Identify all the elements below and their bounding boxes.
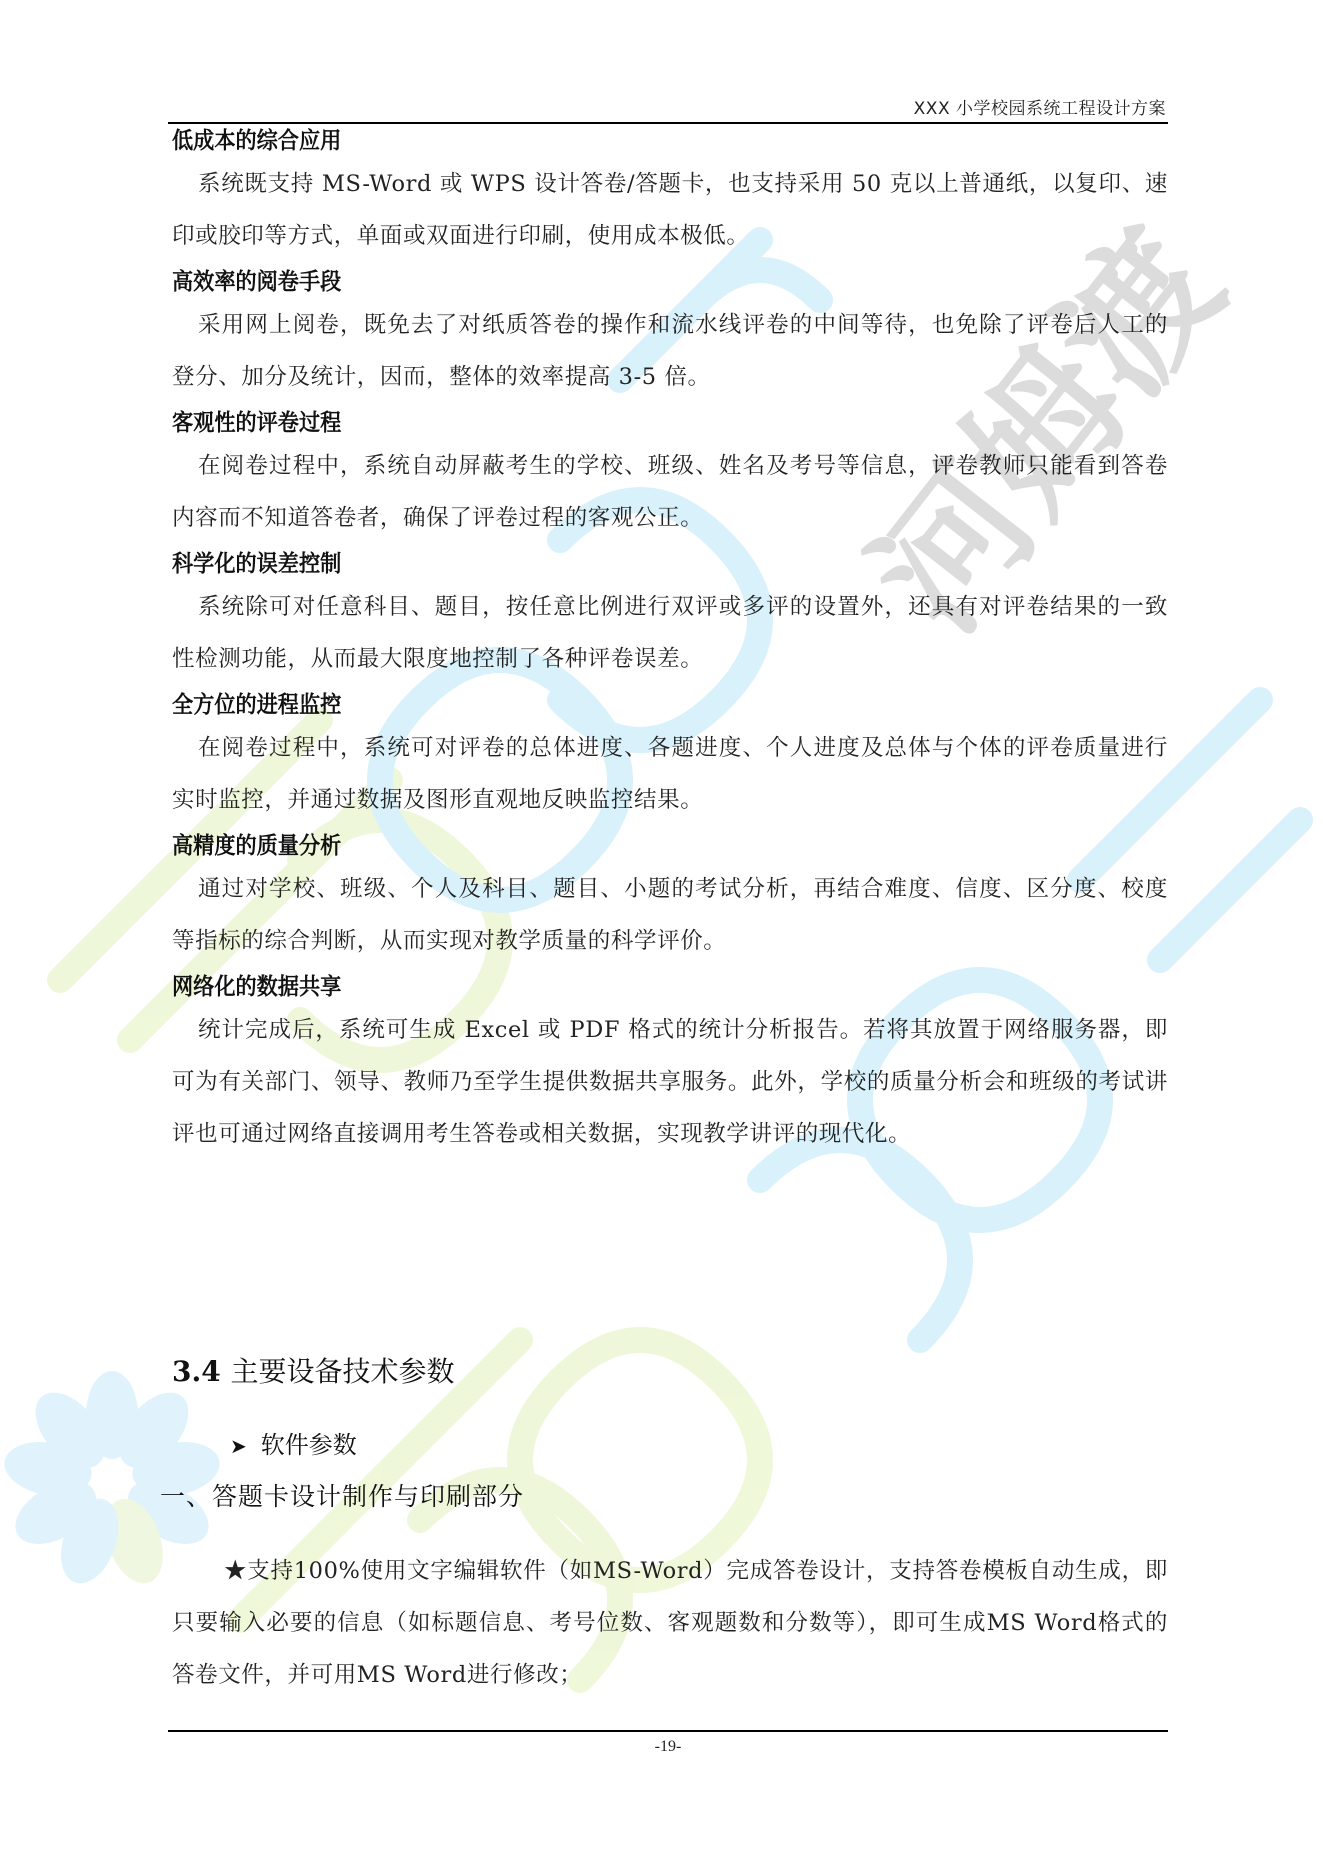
- section-title: 高效率的阅卷手段: [172, 265, 1088, 299]
- section-title: 低成本的综合应用: [172, 124, 1088, 158]
- software-params-bullet: ➤软件参数: [230, 1425, 357, 1460]
- header-title: XXX 小学校园系统工程设计方案: [914, 94, 1166, 119]
- section-title: 科学化的误差控制: [172, 547, 1088, 581]
- section-title: 网络化的数据共享: [172, 970, 1088, 1004]
- section-low-cost: 低成本的综合应用 系统既支持 MS-Word 或 WPS 设计答卷/答题卡，也支…: [172, 124, 1168, 262]
- page-header: XXX 小学校园系统工程设计方案: [168, 92, 1168, 124]
- heading-text: 主要设备技术参数: [230, 1355, 454, 1388]
- section-paragraph: 在阅卷过程中，系统可对评卷的总体进度、各题进度、个人进度及总体与个体的评卷质量进…: [172, 722, 1168, 826]
- section-paragraph: 采用网上阅卷，既免去了对纸质答卷的操作和流水线评卷的中间等待，也免除了评卷后人工…: [172, 299, 1168, 403]
- page-footer: -19-: [168, 1730, 1168, 1756]
- heading-3-4: 3.4 主要设备技术参数: [172, 1350, 454, 1390]
- section-paragraph: 在阅卷过程中，系统自动屏蔽考生的学校、班级、姓名及考号等信息，评卷教师只能看到答…: [172, 440, 1168, 544]
- star-paragraph-text: 支持100%使用文字编辑软件（如MS-Word）完成答卷设计，支持答卷模板自动生…: [172, 1558, 1168, 1688]
- section-data-sharing: 网络化的数据共享 统计完成后，系统可生成 Excel 或 PDF 格式的统计分析…: [172, 970, 1168, 1160]
- section-title: 客观性的评卷过程: [172, 406, 1088, 440]
- heading-number: 3.4: [172, 1355, 221, 1388]
- section-error-control: 科学化的误差控制 系统除可对任意科目、题目，按任意比例进行双评或多评的设置外，还…: [172, 547, 1168, 685]
- section-quality-analysis: 高精度的质量分析 通过对学校、班级、个人及科目、题目、小题的考试分析，再结合难度…: [172, 829, 1168, 967]
- star-paragraph: ★支持100%使用文字编辑软件（如MS-Word）完成答卷设计，支持答卷模板自动…: [172, 1545, 1168, 1701]
- section-paragraph: 系统既支持 MS-Word 或 WPS 设计答卷/答题卡，也支持采用 50 克以…: [172, 158, 1168, 262]
- section-objectivity: 客观性的评卷过程 在阅卷过程中，系统自动屏蔽考生的学校、班级、姓名及考号等信息，…: [172, 406, 1168, 544]
- section-title: 高精度的质量分析: [172, 829, 1088, 863]
- section-paragraph: 系统除可对任意科目、题目，按任意比例进行双评或多评的设置外，还具有对评卷结果的一…: [172, 581, 1168, 685]
- section-title: 全方位的进程监控: [172, 688, 1088, 722]
- arrow-bullet-icon: ➤: [230, 1434, 247, 1458]
- part-title: 一、答题卡设计制作与印刷部分: [160, 1477, 524, 1513]
- star-icon: ★: [224, 1558, 247, 1584]
- document-body: 低成本的综合应用 系统既支持 MS-Word 或 WPS 设计答卷/答题卡，也支…: [172, 124, 1168, 1160]
- section-monitoring: 全方位的进程监控 在阅卷过程中，系统可对评卷的总体进度、各题进度、个人进度及总体…: [172, 688, 1168, 826]
- section-efficiency: 高效率的阅卷手段 采用网上阅卷，既免去了对纸质答卷的操作和流水线评卷的中间等待，…: [172, 265, 1168, 403]
- section-paragraph: 通过对学校、班级、个人及科目、题目、小题的考试分析，再结合难度、信度、区分度、校…: [172, 863, 1168, 967]
- section-paragraph: 统计完成后，系统可生成 Excel 或 PDF 格式的统计分析报告。若将其放置于…: [172, 1004, 1168, 1160]
- bullet-label: 软件参数: [261, 1431, 357, 1459]
- page-number: -19-: [168, 1738, 1168, 1756]
